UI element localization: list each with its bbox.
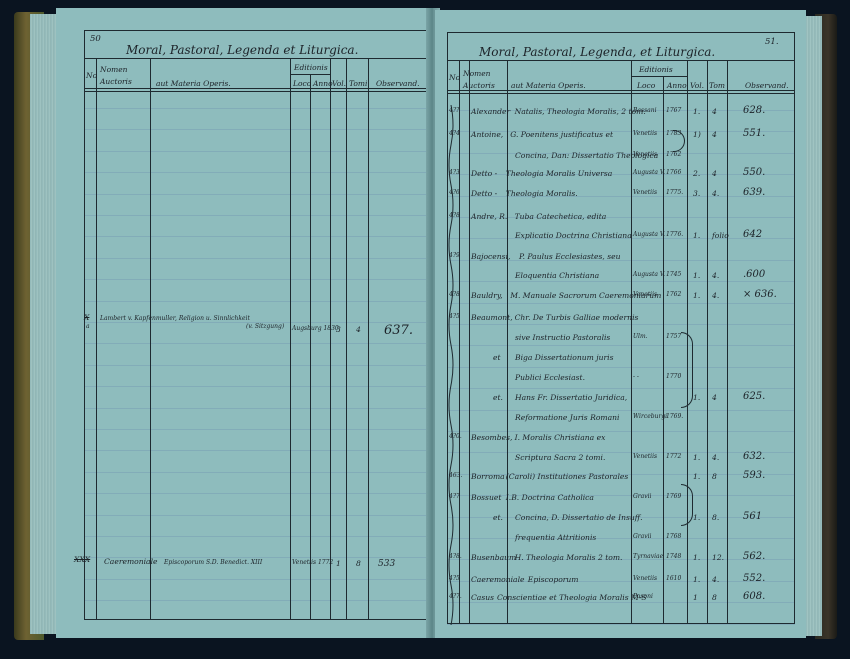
- right-table-frame: [447, 32, 795, 624]
- entry-number: 4??: [449, 108, 459, 114]
- entry-number: 463.: [449, 473, 462, 479]
- entry-loco: Venetiis: [633, 131, 657, 137]
- entry-title-cont: (v. Sitzgung): [246, 324, 284, 330]
- entry-anno: 1767: [666, 108, 681, 114]
- entry-loco: Gravii: [633, 534, 651, 540]
- entry-vol: 1: [336, 560, 341, 568]
- header-editionis: Editionis: [294, 64, 328, 72]
- header-materia: aut Materia Operis.: [156, 80, 231, 88]
- entry-number-sub: a: [86, 324, 90, 330]
- entry-number: 4?4: [449, 131, 460, 137]
- entry-number: 4?0.: [449, 434, 462, 440]
- header-auctoris: Auctoris: [463, 82, 495, 90]
- header-loco: Loco: [637, 82, 655, 90]
- entry-anno: 1766: [666, 170, 681, 176]
- entry-anno: 1769.: [666, 414, 683, 420]
- header-materia: aut Materia Operis.: [511, 82, 586, 90]
- entry-number: 4?8.: [449, 554, 462, 560]
- entry-title: H. Theologia Moralis 2 tom.: [515, 554, 623, 562]
- entry-loco: Venetiis: [633, 576, 657, 582]
- entry-observanda: .600: [743, 270, 765, 280]
- entry-title: Tuba Catechetica, edita: [515, 213, 607, 221]
- entry-tomi: 8.: [712, 514, 719, 522]
- entry-title: I.B. Doctrina Catholica: [506, 494, 594, 502]
- entry-prefix: et.: [493, 394, 503, 402]
- entry-number: X: [84, 314, 89, 322]
- entry-observanda: 628.: [743, 106, 765, 116]
- entry-title: Episcoporum S.D. Benedict. XIII: [164, 560, 262, 566]
- entry-author: Bajocensi,: [471, 253, 510, 261]
- entry-tomi: 4.: [712, 454, 719, 462]
- entry-tomi: folio: [712, 232, 729, 240]
- entry-loco: - -: [633, 374, 639, 380]
- entry-tomi: 8: [356, 560, 361, 568]
- entry-tomi: 4: [712, 394, 717, 402]
- entry-title: P. Paulus Ecclesiastes, seu: [519, 253, 621, 261]
- right-page-number: 51.: [765, 38, 779, 47]
- entry-observanda: × 636.: [743, 290, 777, 300]
- entry-author: Detto -: [471, 170, 497, 178]
- entry-vol: 1: [693, 594, 698, 602]
- entry-tomi: 4.: [712, 576, 719, 584]
- header-no: No: [86, 72, 97, 80]
- header-editionis: Editionis: [639, 66, 673, 74]
- entry-anno: 1769: [666, 494, 681, 500]
- left-page-number: 50: [90, 35, 101, 44]
- header-observanda: Observand.: [376, 80, 420, 88]
- left-page: 50 Moral, Pastoral, Legenda et Liturgica…: [56, 8, 434, 638]
- entry-vol: 1.: [693, 292, 700, 300]
- entry-loco: Augusta V.: [633, 170, 665, 176]
- entry-number: 4?6: [449, 190, 460, 196]
- entry-author: Busenbaum: [471, 554, 516, 562]
- entry-vol: 1.: [693, 554, 700, 562]
- entry-observanda: 561: [743, 512, 762, 522]
- entry-tomi: 4.: [712, 272, 719, 280]
- entry-observanda: 639.: [743, 188, 765, 198]
- entry-vol: 1.: [693, 108, 700, 116]
- entry-title: Explicatio Doctrina Christiana: [515, 232, 632, 240]
- entry-tomi: 4: [712, 108, 717, 116]
- entry-title: Reformatione Juris Romani: [515, 414, 619, 422]
- entry-anno: 1757: [666, 334, 681, 340]
- entry-author: Bauldry,: [471, 292, 503, 300]
- entry-tomi: 8: [712, 473, 717, 481]
- entry-observanda: 637.: [384, 324, 413, 337]
- entry-anno: 1610: [666, 576, 681, 582]
- entry-vol: 3: [336, 326, 341, 334]
- entry-tomi: 12.: [712, 554, 724, 562]
- entry-vol: 3.: [693, 190, 700, 198]
- entry-number: 4?5: [449, 314, 460, 320]
- entry-tomi: 8: [712, 594, 717, 602]
- entry-title: Theologia Moralis Universa: [506, 170, 612, 178]
- entry-anno: 1762: [666, 292, 681, 298]
- entry-anno: 1776.: [666, 232, 683, 238]
- entry-number: 4?9: [449, 253, 460, 259]
- entry-loco: Wirceburgi: [633, 414, 667, 420]
- entry-vol: 1.: [693, 394, 700, 402]
- entry-vol: 1.: [693, 272, 700, 280]
- header-no: No: [449, 74, 460, 82]
- entry-observanda: 551.: [743, 129, 765, 139]
- entry-number: 4?3: [449, 170, 460, 176]
- entry-vol: 1.: [693, 232, 700, 240]
- brace-bossuet: [681, 484, 693, 526]
- entry-number: 4?5: [449, 576, 460, 582]
- entry-author: Bossuet: [471, 494, 501, 502]
- entry-title: Concina, D. Dissertatio de Insuff.: [515, 514, 643, 522]
- entry-loco: Venetiis: [633, 152, 657, 158]
- header-anno: Anno: [667, 82, 687, 90]
- entry-author: Casus: [471, 594, 494, 602]
- entry-title: Biga Dissertationum juris: [515, 354, 613, 362]
- entry-anno: 1775.: [666, 190, 683, 196]
- entry-author: Detto -: [471, 190, 497, 198]
- entry-author: Beaumont,: [471, 314, 513, 322]
- header-tomi: Tom: [709, 82, 725, 90]
- entry-anno: 1745: [666, 272, 681, 278]
- entry-loco: Venetiis: [633, 190, 657, 196]
- entry-author: Caeremoniale: [471, 576, 525, 584]
- entry-number: 4?8: [449, 213, 460, 219]
- entry-vol: 1.: [693, 576, 700, 584]
- entry-title: sive Instructio Pastoralis: [515, 334, 610, 342]
- entry-title: Lambert v. Kapfenmuller, Religion u. Sin…: [100, 316, 250, 322]
- entry-title: Natalis, Theologia Moralis, 2 tom.: [515, 108, 646, 116]
- entry-number: 4?7.: [449, 594, 462, 600]
- entry-loco: Ulm.: [633, 334, 648, 340]
- entry-loco: Venetiis: [633, 454, 657, 460]
- entry-anno: 1772: [666, 454, 681, 460]
- entry-tomi: 4.: [712, 292, 719, 300]
- right-page: Moral, Pastoral, Legenda, et Liturgica. …: [434, 10, 806, 638]
- right-page-title: Moral, Pastoral, Legenda, et Liturgica.: [479, 46, 715, 58]
- entry-observanda: 632.: [743, 452, 765, 462]
- left-page-title: Moral, Pastoral, Legenda et Liturgica.: [126, 44, 358, 56]
- entry-observanda: 593.: [743, 471, 765, 481]
- entry-loco: Posoni: [633, 594, 653, 600]
- entry-vol: 1.: [693, 454, 700, 462]
- entry-observanda: 533: [378, 560, 395, 569]
- entry-tomi: 4: [712, 131, 717, 139]
- wavy-bracket-line: [447, 105, 455, 625]
- header-anno: Anno: [313, 80, 333, 88]
- header-vol: Vol.: [690, 82, 704, 90]
- header-tomi: Tomi: [349, 80, 367, 88]
- entry-loco: Venetiis: [633, 292, 657, 298]
- entry-anno: 1748: [666, 554, 681, 560]
- entry-author: Besombes,: [471, 434, 512, 442]
- entry-observanda: 608.: [743, 592, 765, 602]
- entry-author: Antoine,: [471, 131, 503, 139]
- entry-number: 4?7: [449, 494, 460, 500]
- entry-number: 4?8: [449, 292, 460, 298]
- entry-anno: 1762: [666, 152, 681, 158]
- entry-title: I. Moralis Christiana ex: [515, 434, 606, 442]
- entry-author: Andre, R.: [471, 213, 507, 221]
- entry-title: frequentia Attritionis: [515, 534, 596, 542]
- header-vol: Vol.: [332, 80, 346, 88]
- entry-anno: 1768: [666, 534, 681, 540]
- entry-loco: Gravii: [633, 494, 651, 500]
- header-nomen: Nomen: [100, 66, 127, 74]
- header-observanda: Observand.: [745, 82, 789, 90]
- entry-observanda: 550.: [743, 168, 765, 178]
- entry-vol: 1): [693, 131, 701, 139]
- entry-prefix: et.: [493, 514, 503, 522]
- entry-title: Scriptura Sacra 2 tomi.: [515, 454, 605, 462]
- header-nomen: Nomen: [463, 70, 490, 78]
- entry-vol: 1.: [693, 514, 700, 522]
- entry-title: Publici Ecclesiast.: [515, 374, 585, 382]
- entry-title: Conscientiae et Theologia Moralis M-S: [497, 594, 647, 602]
- entry-observanda: 562.: [743, 552, 765, 562]
- header-loco: Loco: [293, 80, 311, 88]
- entry-loco: Augusta V.: [633, 232, 665, 238]
- entry-loco-anno: Augsburg 1830: [292, 326, 339, 332]
- entry-author: Borroma: [471, 473, 505, 481]
- entry-title: (Caroli) Institutiones Pastorales: [506, 473, 629, 481]
- entry-observanda: 642: [743, 230, 762, 240]
- brace-beaumont: [681, 332, 693, 408]
- entry-tomi: 4: [356, 326, 361, 334]
- entry-number: XXX: [74, 556, 90, 564]
- entry-anno: 1770: [666, 374, 681, 380]
- entry-title: Eloquentia Christiana: [515, 272, 599, 280]
- header-auctoris: Auctoris: [100, 78, 132, 86]
- entry-author: Alexander: [471, 108, 510, 116]
- entry-observanda: 552.: [743, 574, 765, 584]
- entry-prefix: et: [493, 354, 501, 362]
- entry-tomi: 4: [712, 170, 717, 178]
- entry-anno: 1783: [666, 131, 681, 137]
- entry-loco: Augusta V.: [633, 272, 665, 278]
- entry-title: Hans Fr. Dissertatio Juridica,: [515, 394, 627, 402]
- entry-loco: Bassani: [633, 108, 657, 114]
- entry-title: G. Poenitens justificatus et: [510, 131, 613, 139]
- entry-title: Chr. De Turbis Galliae modernis: [515, 314, 639, 322]
- entry-loco: Tyrnaviae: [633, 554, 663, 560]
- entry-loco-anno: Venetiis 1772: [292, 560, 333, 566]
- entry-title: Theologia Moralis.: [506, 190, 578, 198]
- entry-tomi: 4.: [712, 190, 719, 198]
- entry-vol: 2.: [693, 170, 700, 178]
- entry-vol: 1.: [693, 473, 700, 481]
- entry-title: Episcoporum: [528, 576, 579, 584]
- entry-author: Caeremoniale: [104, 558, 158, 566]
- entry-observanda: 625.: [743, 392, 765, 402]
